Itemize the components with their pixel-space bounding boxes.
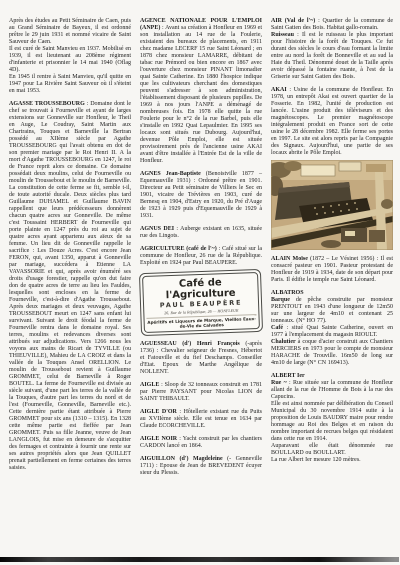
entry-albert-rue: Rue ~ : Rue située sur la commune de Hon… — [271, 380, 393, 401]
entry-text: : Domaine dont le chef se trouvait à Fou… — [9, 101, 131, 471]
entry-text: : Rue située sur la commune de Honfleur … — [271, 380, 393, 400]
scanned-dictionary-page: Après des études au Petit Séminaire de C… — [0, 0, 400, 565]
entry-term: ALAIN Moïse — [271, 256, 308, 262]
column-middle: AGENCE NATIONALE POUR L'EMPLOI (ANPE) : … — [140, 18, 262, 477]
entry-term: ALBERT Ier — [271, 373, 305, 379]
entry-albert-heading: ALBERT Ier — [271, 373, 393, 380]
entry-text: de pêche construite par monsieur PRENTOU… — [271, 297, 393, 324]
paragraph-retour: En 1945 il rentre à Saint Manvieu, qu'il… — [9, 74, 131, 95]
entry-term: AKAI — [271, 87, 287, 93]
entry-albatros-heading: ALBATROS — [271, 290, 393, 297]
paragraph-seminaire: Après des études au Petit Séminaire de C… — [9, 18, 131, 46]
text-columns: Après des études au Petit Séminaire de C… — [9, 18, 393, 477]
entry-aiguillon: AIGUILLON (d') Magdeleine (- Genneville … — [140, 456, 262, 477]
entry-text: : situé Quai Sainte Catherine, ouvert en… — [271, 325, 393, 338]
entry-term: AGNES Jean-Baptiste — [140, 171, 201, 177]
entry-term: AIGUILLON (d') Magdeleine — [140, 456, 223, 462]
entry-agriculture-cafe: AGRICULTURE (café de l'~) : Café situé s… — [140, 246, 262, 267]
paragraph-text: En 1945 il rentre à Saint Manvieu, qu'il… — [9, 74, 131, 94]
entry-akai: AKAI : Usine de la commune de Honfleur. … — [271, 87, 393, 157]
entry-text: : Usine de la commune de Honfleur. En 19… — [271, 87, 393, 156]
scan-edge-shadow — [0, 557, 399, 562]
entry-agnus-dei: AGNUS DEI : Auberge existant en 1635, si… — [140, 226, 262, 240]
entry-term: Barque — [271, 297, 290, 303]
entry-text: : Avant sa création à Honfleur en 1969 e… — [140, 25, 262, 164]
entry-anpe: AGENCE NATIONALE POUR L'EMPLOI (ANPE) : … — [140, 18, 262, 165]
entry-albert-boullard: Auparavant elle était dénommée rue BOULL… — [271, 443, 393, 457]
entry-alain-moise: ALAIN Moïse (1872 – Le Vésinet 1956) : I… — [271, 256, 393, 284]
column-right: AIR (Val de l'~) : Quartier de la commun… — [271, 18, 393, 477]
entry-term: ALBATROS — [271, 290, 304, 296]
entry-term: AGNUS DEI — [140, 226, 174, 232]
entry-air-val: AIR (Val de l'~) : Quartier de la commun… — [271, 18, 393, 32]
entry-albert-deliberation: Elle est ainsi nommée par délibération d… — [271, 401, 393, 443]
entry-term: AGRICULTURE (café de l'~) — [140, 246, 217, 252]
entry-text: : Il est le ruisseau le plus important p… — [271, 32, 393, 80]
ad-tagline: Apéritifs et Liqueurs de Marque, Vieille… — [147, 314, 257, 330]
entry-term: Café — [271, 325, 283, 331]
entry-text: Elle est ainsi nommée par délibération d… — [271, 401, 393, 442]
entry-aigle-dor: AIGLE D'OR : Hôtellerie existant rue du … — [140, 409, 262, 430]
entry-term: Rue ~ — [271, 380, 287, 386]
entry-term: AGUESSEAU (d') Henri François — [140, 341, 240, 347]
paragraph-cure: Il est curé de Saint Manvieu en 1937. Mo… — [9, 46, 131, 74]
entry-aigle-noir: AIGLE NOIR : Yacht construit par les cha… — [140, 436, 262, 450]
entry-text: : Sloop de 32 tonneaux construit en 1781… — [140, 382, 262, 402]
advertisement-frame: Café de l'Agriculture PAUL BEAUPÈRE 26, … — [142, 272, 260, 333]
entry-term: AIGLE — [140, 382, 159, 388]
entry-albatros-barque: Barque de pêche construite par monsieur … — [271, 297, 393, 325]
entry-text: Auparavant elle était dénommée rue BOULL… — [271, 443, 393, 456]
column-left: Après des études au Petit Séminaire de C… — [9, 18, 131, 477]
entry-text: La rue Albert Ier mesure 120 mètres. — [271, 457, 361, 463]
entry-agasse-troussebourg: AGASSE TROUSSEBOURG : Domaine dont le ch… — [9, 101, 131, 472]
entry-term: AIR (Val de l'~) — [271, 18, 315, 24]
akai-factory-aerial-photo — [271, 160, 393, 250]
entry-albatros-chalutier: Chalutier à coque d'acier construit aux … — [271, 339, 393, 367]
entry-albatros-cafe: Café : situé Quai Sainte Catherine, ouve… — [271, 325, 393, 339]
entry-albert-longueur: La rue Albert Ier mesure 120 mètres. — [271, 457, 393, 464]
paragraph-text: Il est curé de Saint Manvieu en 1937. Mo… — [9, 46, 131, 73]
entry-term: AGASSE TROUSSEBOURG — [9, 101, 85, 107]
entry-agnes: AGNES Jean-Baptiste (Benoistville 1877 –… — [140, 171, 262, 220]
entry-term: Chalutier — [271, 339, 296, 345]
paragraph-text: Après des études au Petit Séminaire de C… — [9, 18, 131, 45]
entry-air-ruisseau: Ruisseau : Il est le ruisseau le plus im… — [271, 32, 393, 81]
entry-term: AIGLE D'OR — [140, 409, 177, 415]
entry-aguesseau: AGUESSEAU (d') Henri François (-après 17… — [140, 341, 262, 376]
entry-term: AIGLE NOIR — [140, 436, 177, 442]
entry-term: Ruisseau — [271, 32, 294, 38]
entry-text: (Benoistville 1877 – Equemauville 1931) … — [140, 171, 262, 219]
entry-aigle: AIGLE : Sloop de 32 tonneaux construit e… — [140, 382, 262, 403]
cafe-agriculture-advertisement: Café de l'Agriculture PAUL BEAUPÈRE 26, … — [139, 269, 263, 336]
